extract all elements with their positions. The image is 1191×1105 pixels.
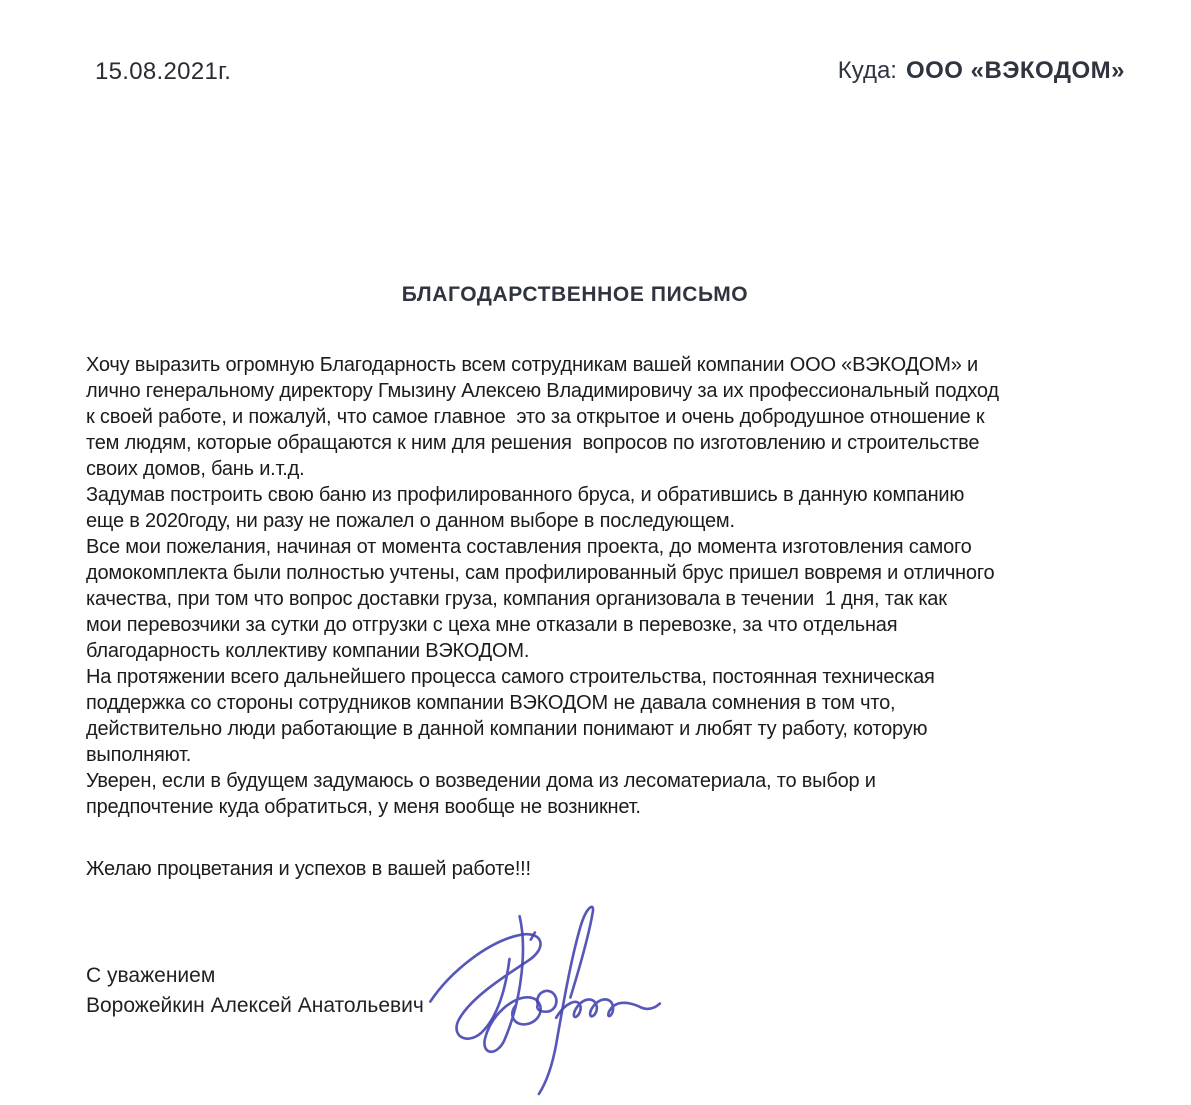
signoff-block: С уважением Ворожейкин Алексей Анатольев…	[86, 961, 424, 1021]
signoff-name: Ворожейкин Алексей Анатольевич	[86, 991, 424, 1021]
body-line: своих домов, бань и.т.д.	[86, 456, 1166, 482]
body-line: поддержка со стороны сотрудников компани…	[86, 690, 1166, 716]
body-line: еще в 2020году, ни разу не пожалел о дан…	[86, 508, 1166, 534]
signoff-regards: С уважением	[86, 961, 424, 991]
body-line: к своей работе, и пожалуй, что самое гла…	[86, 404, 1166, 430]
recipient-company-name: ООО «ВЭКОДОМ»	[906, 57, 1125, 84]
closing-line: Желаю процветания и успехов в вашей рабо…	[86, 858, 531, 881]
body-line: благодарность коллективу компании ВЭКОДО…	[86, 638, 1166, 664]
body-line: мои перевозчики за сутки до отгрузки с ц…	[86, 612, 1166, 638]
letter-title: БЛАГОДАРСТВЕННОЕ ПИСЬМО	[0, 283, 1150, 307]
signature-stroke	[556, 999, 660, 1017]
recipient-label: Куда:	[838, 57, 897, 84]
body-line: домокомплекта были полностью учтены, сам…	[86, 560, 1166, 586]
body-line: Задумав построить свою баню из профилиро…	[86, 482, 1166, 508]
body-line: тем людям, которые обращаются к ним для …	[86, 430, 1166, 456]
body-line: действительно люди работающие в данной к…	[86, 716, 1166, 742]
body-line: Все мои пожелания, начиная от момента со…	[86, 534, 1166, 560]
body-line: На протяжении всего дальнейшего процесса…	[86, 664, 1166, 690]
recipient-line: Куда:ООО «ВЭКОДОМ»	[838, 57, 1125, 85]
body-line: Уверен, если в будущем задумаюсь о возве…	[86, 768, 1166, 794]
letter-body: Хочу выразить огромную Благодарность все…	[86, 352, 1166, 820]
body-line: лично генеральному директору Гмызину Але…	[86, 378, 1166, 404]
body-line: предпочтение куда обратиться, у меня воо…	[86, 794, 1166, 820]
handwritten-signature	[426, 898, 662, 1098]
body-line: качества, при том что вопрос доставки гр…	[86, 586, 1166, 612]
letter-date: 15.08.2021г.	[95, 58, 231, 86]
body-line: Хочу выразить огромную Благодарность все…	[86, 352, 1166, 378]
letter-page: 15.08.2021г. Куда:ООО «ВЭКОДОМ» БЛАГОДАР…	[0, 0, 1191, 1105]
body-line: выполняют.	[86, 742, 1166, 768]
